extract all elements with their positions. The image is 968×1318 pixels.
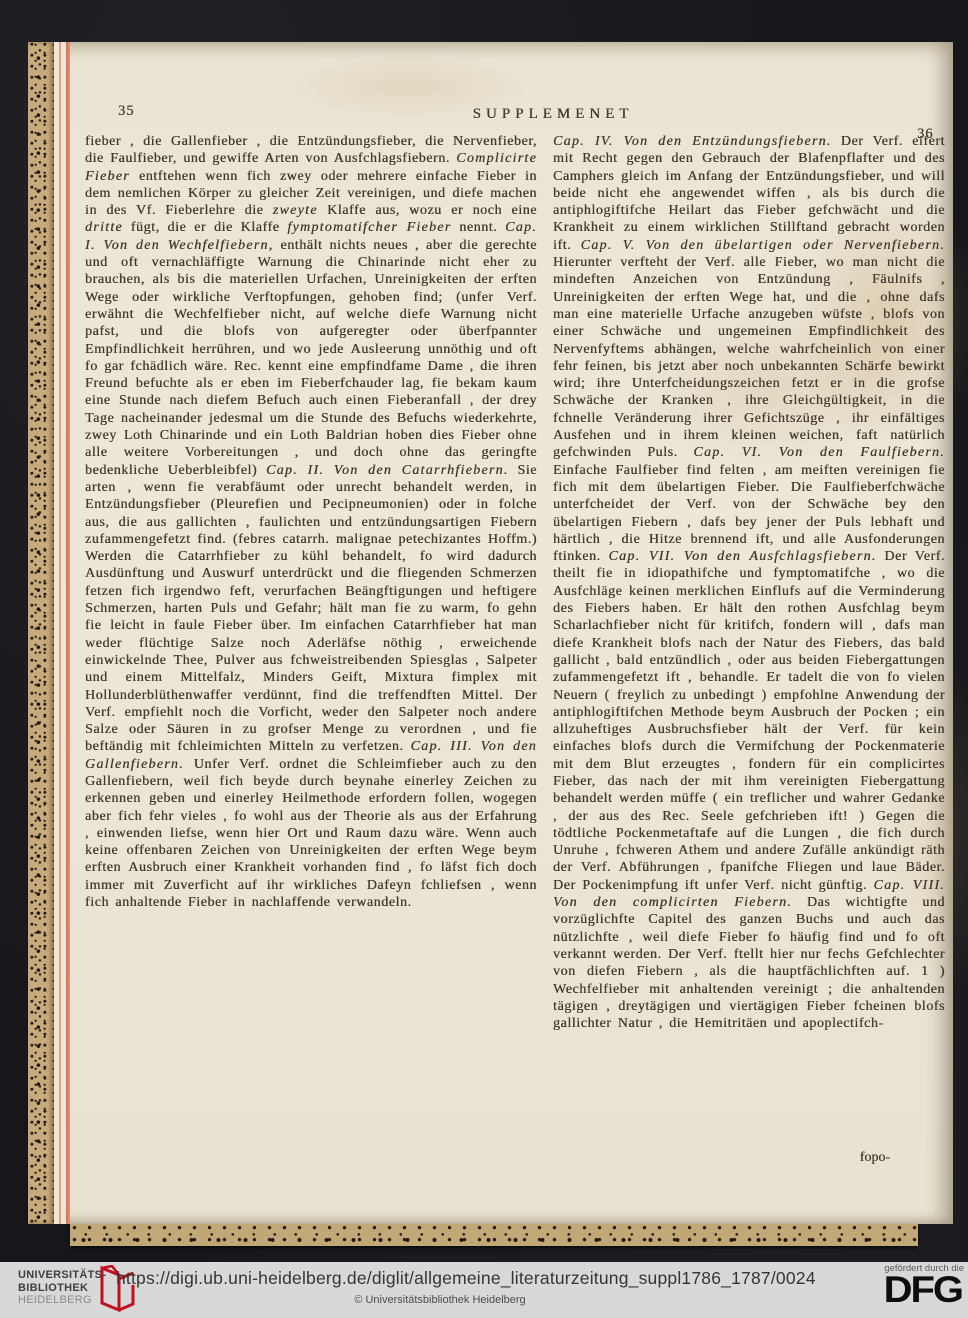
running-head-title: SUPPLEMENET (413, 106, 693, 123)
book-fore-edge (28, 42, 54, 1224)
dfg-logo: DFG (884, 1272, 962, 1309)
page-number-35: 35 (118, 103, 135, 120)
red-edge-stripe-thin (59, 42, 61, 1224)
library-footer-bar: UNIVERSITÄTS- BIBLIOTHEK HEIDELBERG http… (0, 1262, 968, 1318)
book-page-scan: 35 SUPPLEMENET 36 fieber , die Gallenfie… (28, 42, 953, 1224)
scan-viewer-canvas: { "scan": { "running_head": "SUPPLEMENET… (0, 0, 968, 1318)
text-column-right: Cap. IV. Von den Entzündungsfiebern. Der… (553, 133, 945, 1032)
red-edge-stripe (66, 42, 70, 1224)
book-bottom-edge (70, 1224, 918, 1246)
copyright-note: © Universitätsbibliothek Heidelberg (275, 1294, 605, 1306)
text-column-left: fieber , die Gallenfieber , die Entzündu… (85, 133, 537, 911)
scan-source-url: https://digi.ub.uni-heidelberg.de/diglit… (116, 1268, 816, 1289)
catchword: fopo- (553, 1150, 945, 1166)
